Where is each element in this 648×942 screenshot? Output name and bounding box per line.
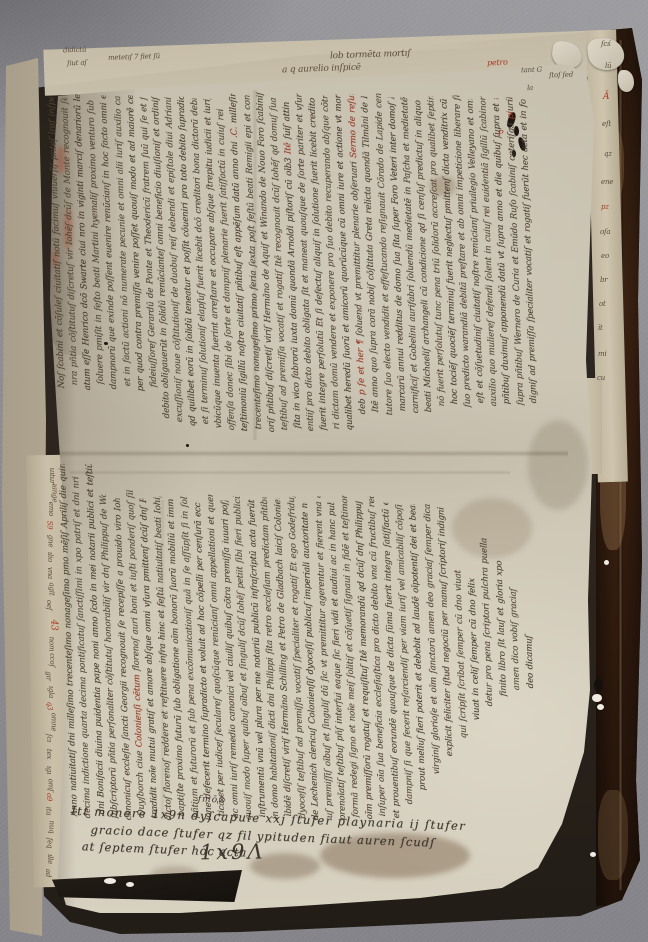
- white-fleck: [592, 694, 602, 702]
- left-strip-fragment: ılle: [46, 854, 54, 864]
- right-strip-fragment: eo: [601, 252, 609, 260]
- right-strip-fragment: pz: [601, 203, 609, 211]
- right-strip-fragment: lū: [605, 62, 611, 70]
- left-strip-fragment: ıange: [50, 484, 58, 503]
- left-strip-fragment: emo: [47, 502, 55, 516]
- horizontal-crease: [70, 470, 510, 475]
- left-strip-fragment: ſeq: [45, 838, 53, 849]
- left-strip-fragment: ccoſ: [48, 653, 56, 667]
- left-strip-fragment: ıta: [44, 807, 52, 816]
- left-strip-fragment: gne: [46, 535, 54, 548]
- left-strip-fragment: ıgla: [47, 686, 55, 698]
- left-strip-fragment: nuq: [47, 821, 55, 834]
- year-numeral: 1x9Λ: [200, 839, 266, 864]
- left-strip-fragment: ılio: [46, 552, 54, 562]
- right-strip-fragment: ſcś: [601, 40, 611, 48]
- right-strip-fragment: ot: [599, 300, 606, 308]
- horizontal-crease: [58, 450, 568, 457]
- left-strip-fragment: ıgı: [45, 766, 53, 774]
- white-fleck: [604, 560, 609, 565]
- left-strip-fragment: nom: [47, 637, 55, 652]
- right-strip-fragment: Ā: [603, 92, 609, 102]
- right-strip-fragment: cu: [597, 374, 605, 382]
- left-strip-fragment: q3: [45, 702, 53, 711]
- left-strip-fragment: gır: [45, 671, 53, 680]
- left-strip-fragment: S9: [45, 521, 53, 530]
- left-strip-fragment: tex: [45, 749, 53, 759]
- white-fleck: [597, 704, 604, 710]
- white-fleck: [590, 852, 596, 857]
- right-strip-fragment: br: [600, 276, 607, 284]
- left-strip-fragment: ad: [44, 869, 52, 877]
- right-strip-fragment: ene: [601, 178, 613, 186]
- top-strip-fragment: la: [527, 84, 533, 92]
- left-strip-fragment: omne: [49, 713, 57, 732]
- left-strip-fragment: omſ: [46, 779, 54, 792]
- leather-wear-patch: [598, 790, 628, 880]
- manuscript-photo: Noſ ſcabini et cōſuleſ ciuitatiſ notū fa…: [0, 0, 648, 942]
- right-strip-fragment: qz: [604, 150, 612, 158]
- left-strip-fragment: agit: [47, 583, 55, 596]
- left-strip-fragment: uıtur: [48, 468, 56, 484]
- torn-parchment-bit: [618, 70, 634, 92]
- right-strip-fragment: eſt: [602, 120, 611, 128]
- right-strip-fragment: oſa: [600, 228, 610, 236]
- left-strip-fragment: 43: [49, 619, 59, 630]
- top-strip-fragment: ſtoſ ſed: [549, 71, 573, 80]
- top-strip-fragment: petro: [487, 58, 508, 68]
- left-strip-fragment: o9: [45, 793, 53, 801]
- ink-speck: [186, 444, 189, 447]
- top-strip-fragment: didictū: [63, 46, 87, 55]
- red-mark: P: [498, 129, 503, 138]
- discoloration: [528, 420, 588, 510]
- top-strip-fragment: tant G: [521, 66, 542, 75]
- left-strip-fragment: vna: [46, 567, 54, 579]
- right-strip-fragment: mi: [598, 350, 606, 358]
- top-strip-fragment: ſıut aſ: [67, 59, 87, 68]
- left-strip-fragment: oeſ: [45, 600, 53, 610]
- wormhole: [594, 678, 603, 692]
- colophon-mark: fmō⊗: [198, 795, 227, 806]
- left-strip-fragment: ſcı: [45, 734, 53, 742]
- colophon-note: fmō⊗ Itt monere 1x9n dyſcapule xxj ſtufe…: [64, 790, 508, 907]
- right-strip-fragment: īt: [598, 324, 603, 332]
